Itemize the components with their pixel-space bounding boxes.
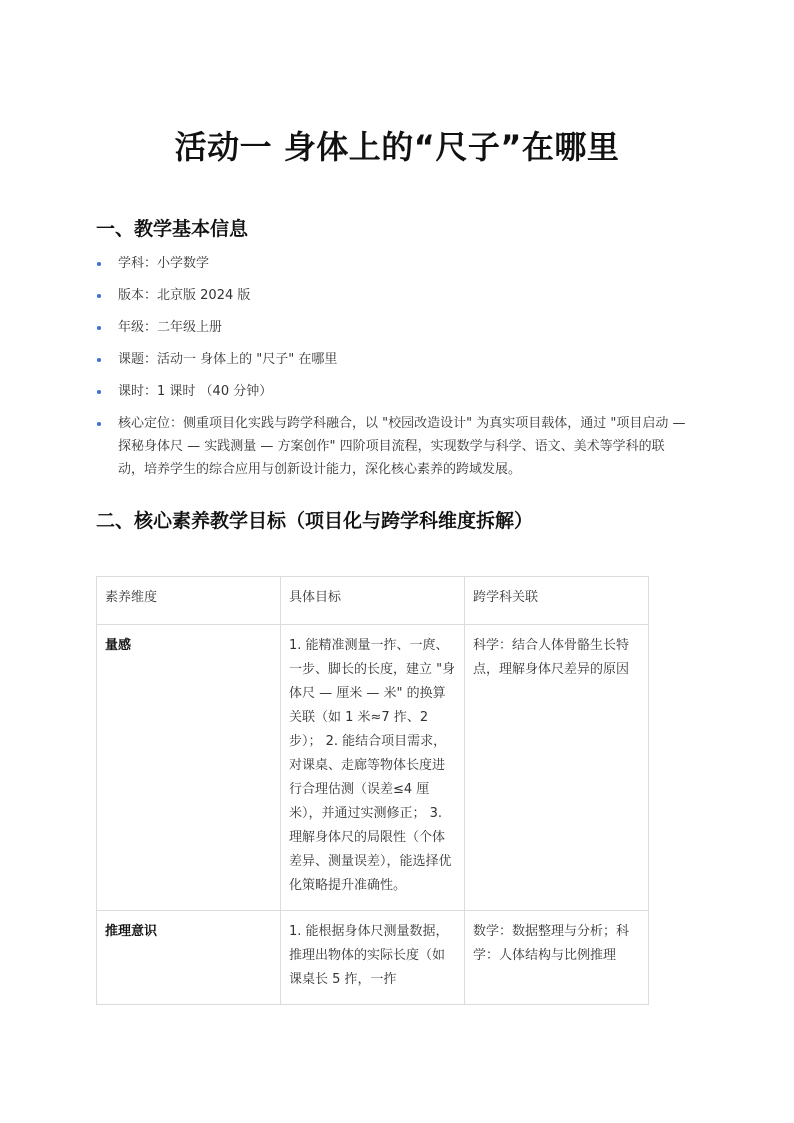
item-label: 课题： [118,352,157,367]
list-item-duration: 课时：1 课时 （40 分钟） [96,380,696,404]
bullet-icon [97,358,101,362]
item-value: 活动一 身体上的 "尺子" 在哪里 [157,352,337,367]
item-label: 核心定位： [118,416,183,431]
document-page: 活动一 身体上的“尺子”在哪里 一、教学基本信息 学科：小学数学 版本：北京版 … [0,0,794,1123]
section-heading-basic-info: 一、教学基本信息 [96,214,248,241]
cell-goal: 1. 能根据身体尺测量数据，推理出物体的实际长度（如课桌长 5 拃，一拃 [281,911,465,1005]
header-dimension: 素养维度 [97,577,281,625]
core-goals-table: 素养维度 具体目标 跨学科关联 量感 1. 能精准测量一拃、一庹、一步、脚长的长… [96,576,649,1005]
basic-info-list: 学科：小学数学 版本：北京版 2024 版 年级：二年级上册 课题：活动一 身体… [96,252,696,489]
table-row: 推理意识 1. 能根据身体尺测量数据，推理出物体的实际长度（如课桌长 5 拃，一… [97,911,649,1005]
item-value: 北京版 2024 版 [157,288,250,303]
bullet-icon [97,326,101,330]
bullet-icon [97,422,101,426]
list-item-core-positioning: 核心定位：侧重项目化实践与跨学科融合，以 "校园改造设计" 为真实项目载体，通过… [96,412,688,481]
header-link: 跨学科关联 [465,577,649,625]
item-label: 课时： [118,384,157,399]
cell-dimension: 推理意识 [97,911,281,1005]
item-value: 1 课时 （40 分钟） [157,384,272,399]
item-label: 年级： [118,320,157,335]
list-item-grade: 年级：二年级上册 [96,316,696,340]
document-title: 活动一 身体上的“尺子”在哪里 [0,122,794,168]
bullet-icon [97,390,101,394]
item-value: 小学数学 [157,256,209,271]
list-item-topic: 课题：活动一 身体上的 "尺子" 在哪里 [96,348,696,372]
item-value: 侧重项目化实践与跨学科融合，以 "校园改造设计" 为真实项目载体，通过 "项目启… [118,416,685,477]
cell-link: 数学：数据整理与分析；科学：人体结构与比例推理 [465,911,649,1005]
table-row: 量感 1. 能精准测量一拃、一庹、一步、脚长的长度，建立 "身体尺 — 厘米 —… [97,625,649,911]
cell-link: 科学：结合人体骨骼生长特点，理解身体尺差异的原因 [465,625,649,911]
section-heading-core-goals: 二、核心素养教学目标（项目化与跨学科维度拆解） [96,506,533,533]
header-goal: 具体目标 [281,577,465,625]
cell-dimension: 量感 [97,625,281,911]
list-item-subject: 学科：小学数学 [96,252,696,276]
item-label: 版本： [118,288,157,303]
cell-goal: 1. 能精准测量一拃、一庹、一步、脚长的长度，建立 "身体尺 — 厘米 — 米"… [281,625,465,911]
table-header-row: 素养维度 具体目标 跨学科关联 [97,577,649,625]
bullet-icon [97,262,101,266]
item-value: 二年级上册 [157,320,222,335]
item-label: 学科： [118,256,157,271]
bullet-icon [97,294,101,298]
list-item-edition: 版本：北京版 2024 版 [96,284,696,308]
